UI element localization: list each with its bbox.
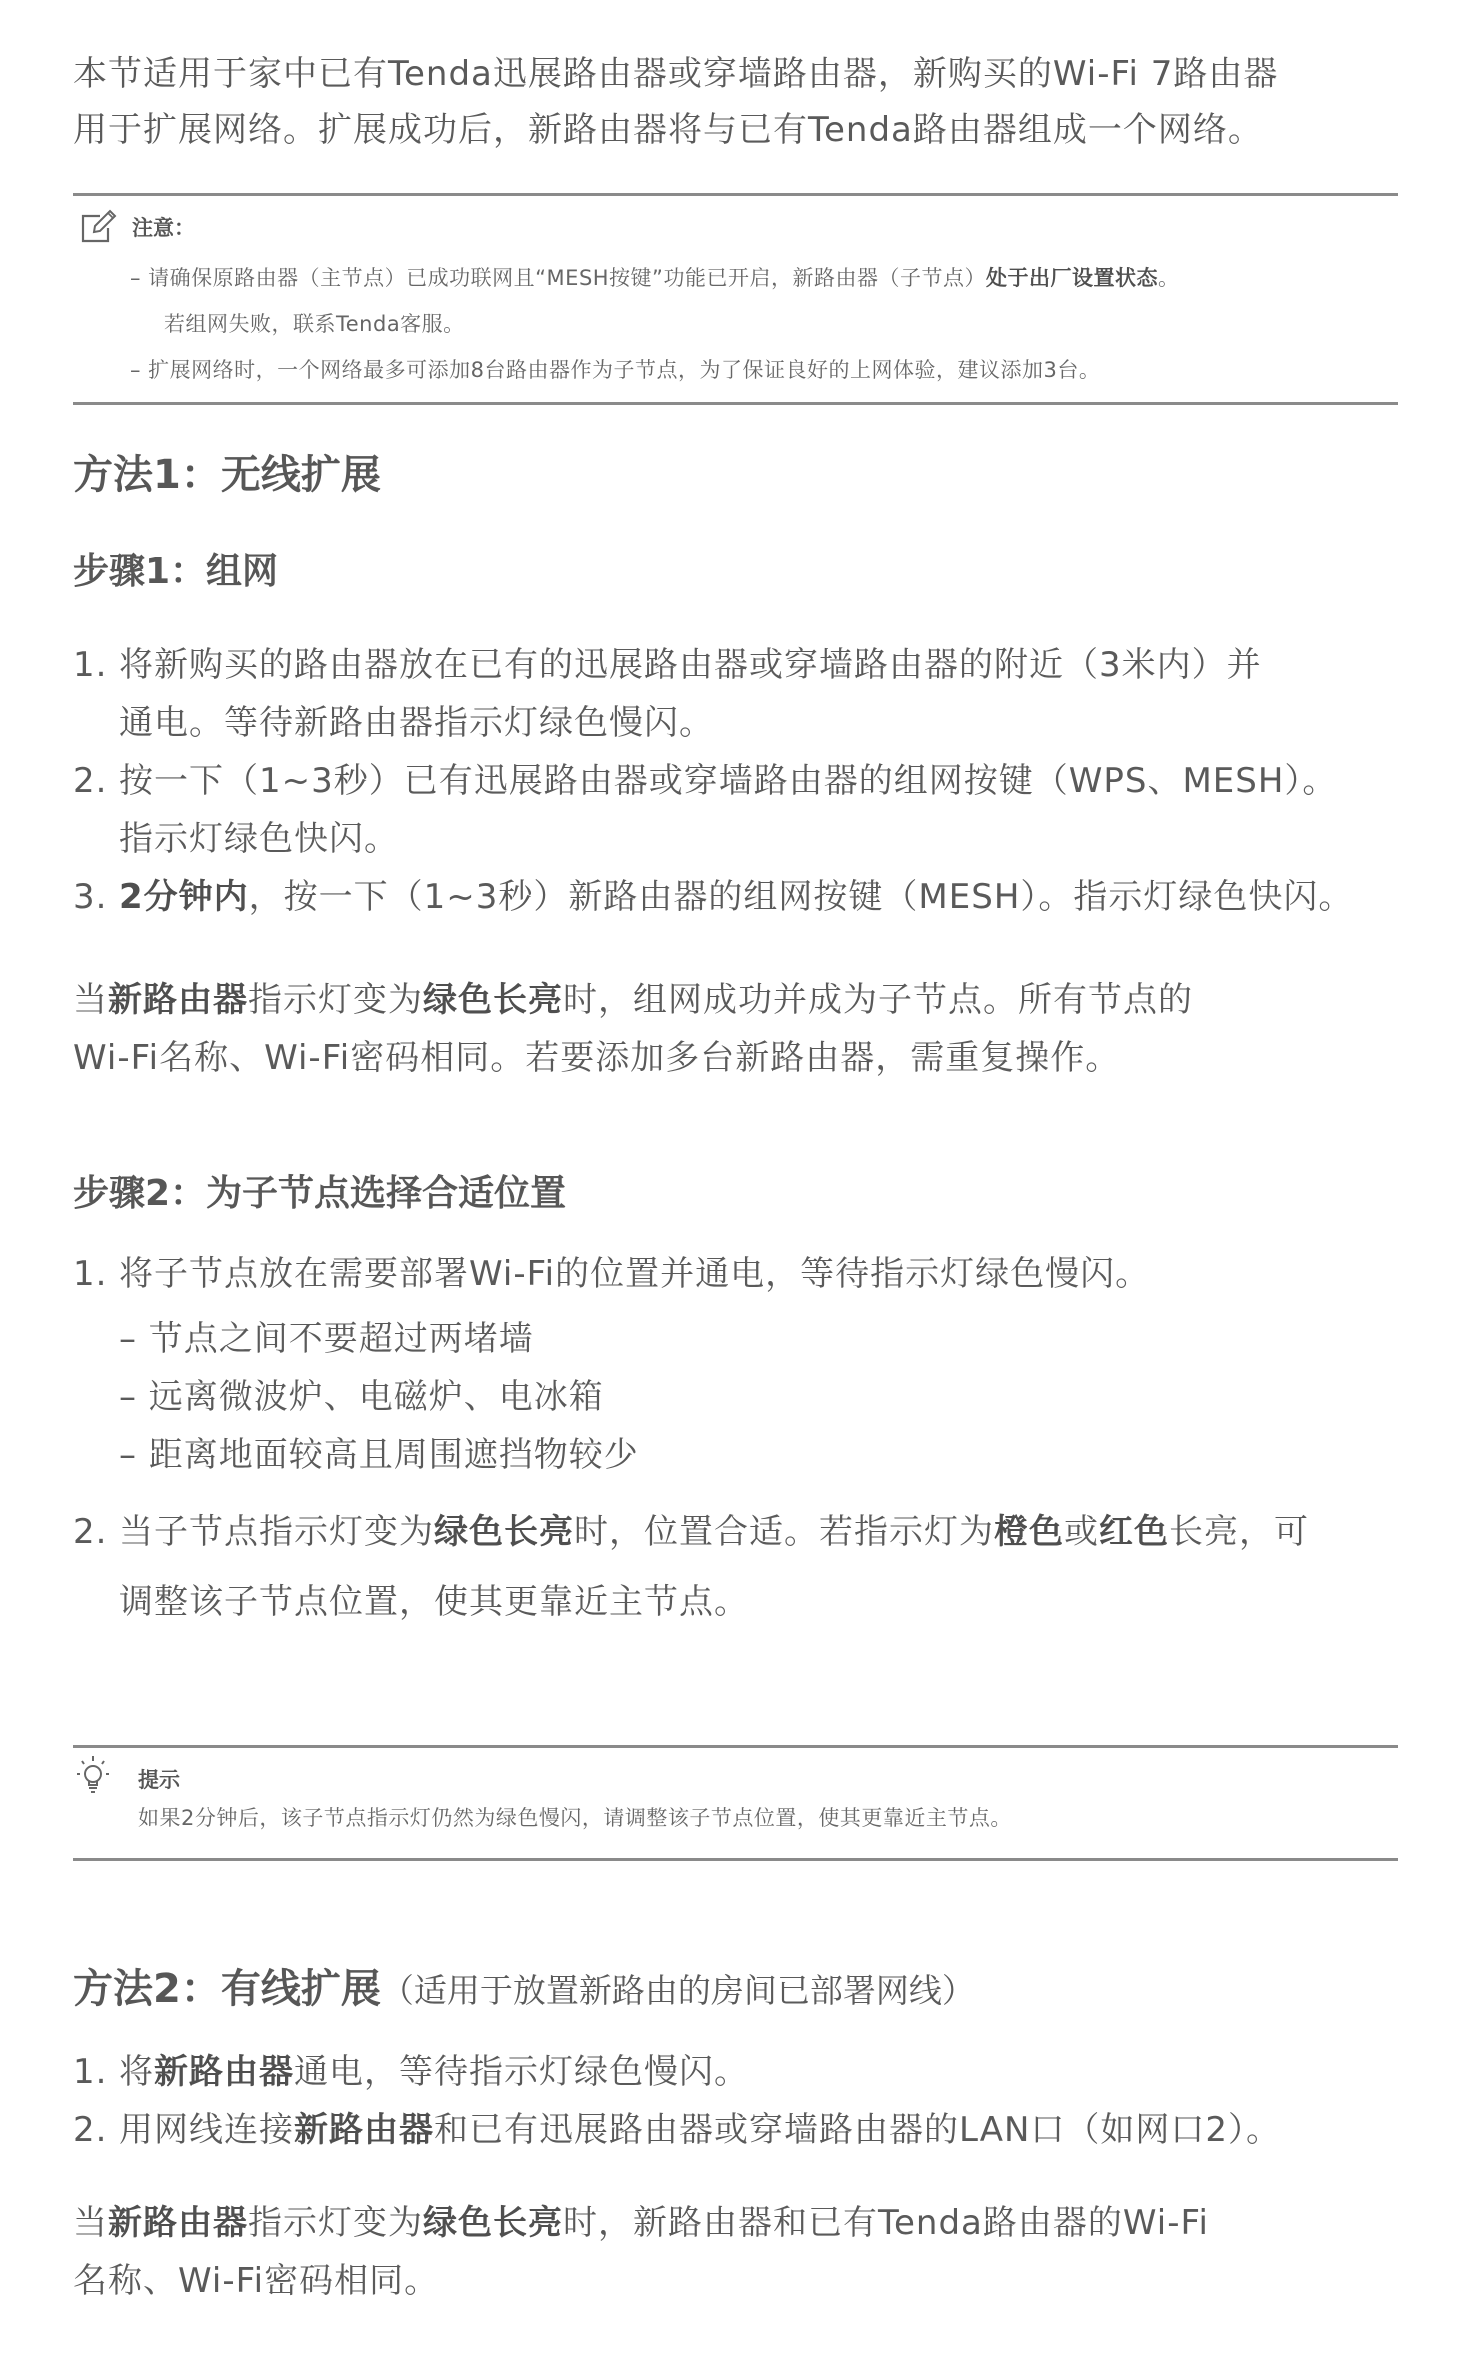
note-bottom-divider — [73, 402, 1398, 405]
note-item-2: – 扩展网络时，一个网络最多可添加8台路由器作为子节点，为了保证良好的上网体验，… — [130, 356, 1100, 384]
method-2-result-line-1: 当新路由器指示灯变为绿色长亮时，新路由器和已有Tenda路由器的Wi-Fi — [73, 2203, 1209, 2243]
tip-top-divider — [73, 1745, 1398, 1748]
method-2-result-line-2: 名称、Wi-Fi密码相同。 — [73, 2261, 439, 2301]
tip-text: 如果2分钟后，该子节点指示灯仍然为绿色慢闪，请调整该子节点位置，使其更靠近主节点… — [138, 1804, 1012, 1832]
method-2-item-2: 2.用网线连接新路由器和已有迅展路由器或穿墙路由器的LAN口（如网口2）。 — [73, 2110, 1281, 2150]
step-2-bullet-2: – 远离微波炉、电磁炉、电冰箱 — [119, 1377, 604, 1417]
note-item-1-line-1: – 请确保原路由器（主节点）已成功联网且“MESH按键”功能已开启，新路由器（子… — [130, 264, 1179, 292]
method-2-title: 方法2：有线扩展（适用于放置新路由的房间已部署网线） — [73, 1966, 975, 2014]
method-2-subtitle: （适用于放置新路由的房间已部署网线） — [381, 1971, 975, 2010]
step-2-item-2-line-1: 2.当子节点指示灯变为绿色长亮时，位置合适。若指示灯为橙色或红色长亮，可 — [73, 1512, 1309, 1552]
note-emphasis: 处于出厂设置状态 — [986, 266, 1158, 290]
step-2-item-1: 1.将子节点放在需要部署Wi-Fi的位置并通电，等待指示灯绿色慢闪。 — [73, 1254, 1150, 1294]
note-top-divider — [73, 193, 1398, 196]
method-1-title: 方法1：无线扩展 — [73, 452, 381, 498]
step-2-title: 步骤2：为子节点选择合适位置 — [73, 1173, 566, 1215]
intro-line-2: 用于扩展网络。扩展成功后，新路由器将与已有Tenda路由器组成一个网络。 — [73, 110, 1263, 150]
step-1-item-2-line-2: 指示灯绿色快闪。 — [119, 819, 399, 859]
step-2-item-2-line-2: 调整该子节点位置，使其更靠近主节点。 — [119, 1582, 749, 1622]
step-1-item-2-line-1: 2.按一下（1~3秒）已有迅展路由器或穿墙路由器的组网按键（WPS、MESH）。 — [73, 761, 1337, 801]
note-title: 注意： — [132, 212, 195, 242]
note-item-1-line-2: 若组网失败，联系Tenda客服。 — [164, 310, 465, 338]
step-2-bullet-3: – 距离地面较高且周围遮挡物较少 — [119, 1435, 639, 1475]
step-1-item-3: 3.2分钟内，按一下（1~3秒）新路由器的组网按键（MESH）。指示灯绿色快闪。 — [73, 877, 1353, 917]
step-1-result-line-2: Wi-Fi名称、Wi-Fi密码相同。若要添加多台新路由器，需重复操作。 — [73, 1038, 1120, 1078]
step-2-bullet-1: – 节点之间不要超过两堵墙 — [119, 1319, 534, 1359]
tip-title: 提示 — [138, 1764, 180, 1794]
step-1-result-line-1: 当新路由器指示灯变为绿色长亮时，组网成功并成为子节点。所有节点的 — [73, 980, 1193, 1020]
edit-note-icon — [80, 208, 120, 244]
step-1-title: 步骤1：组网 — [73, 551, 278, 593]
step-1-item-1-line-1: 1.将新购买的路由器放在已有的迅展路由器或穿墙路由器的附近（3米内）并 — [73, 645, 1262, 685]
lightbulb-icon — [76, 1754, 110, 1796]
intro-line-1: 本节适用于家中已有Tenda迅展路由器或穿墙路由器，新购买的Wi-Fi 7路由器 — [73, 54, 1278, 94]
method-2-item-1: 1.将新路由器通电，等待指示灯绿色慢闪。 — [73, 2052, 749, 2092]
tip-bottom-divider — [73, 1858, 1398, 1861]
step-1-item-1-line-2: 通电。等待新路由器指示灯绿色慢闪。 — [119, 703, 714, 743]
